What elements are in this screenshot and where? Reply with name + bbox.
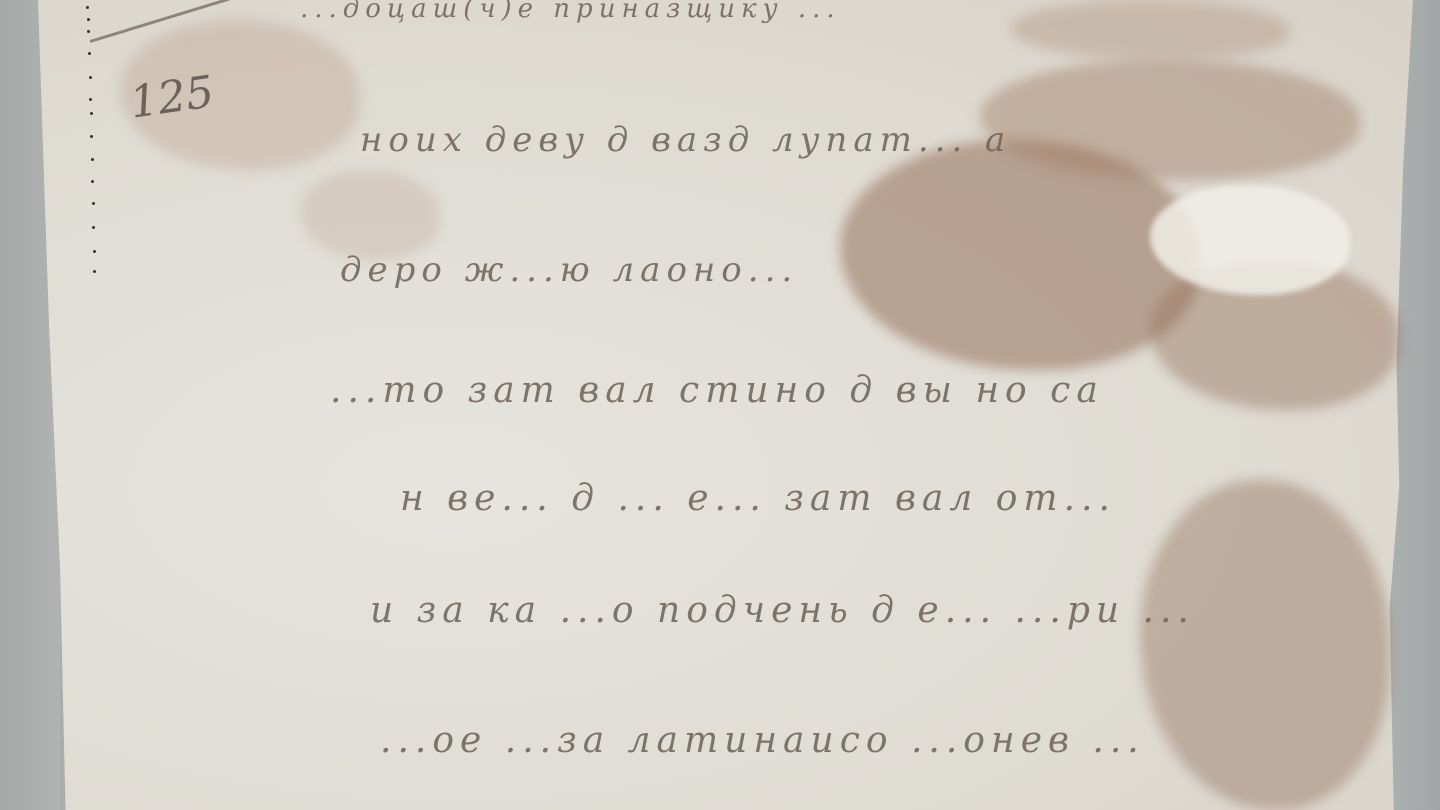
manuscript-line: ноих деву д вазд лупат... а bbox=[360, 120, 1011, 160]
manuscript-line: н ве... д ... е... зат вал от... bbox=[400, 478, 1116, 519]
manuscript-line: деро ж...ю лаоно... bbox=[340, 250, 798, 290]
manuscript-line: ...доцаш(ч)е приназщику ... bbox=[300, 0, 841, 24]
manuscript-line: ...ое ...за латинаисо ...онев ... bbox=[380, 720, 1145, 761]
stitching-holes bbox=[86, 0, 106, 300]
manuscript-line: и за ка ...о подчень д е... ...ри ... bbox=[370, 590, 1195, 631]
manuscript-line: ...то зат вал стино д вы но са bbox=[330, 370, 1104, 411]
